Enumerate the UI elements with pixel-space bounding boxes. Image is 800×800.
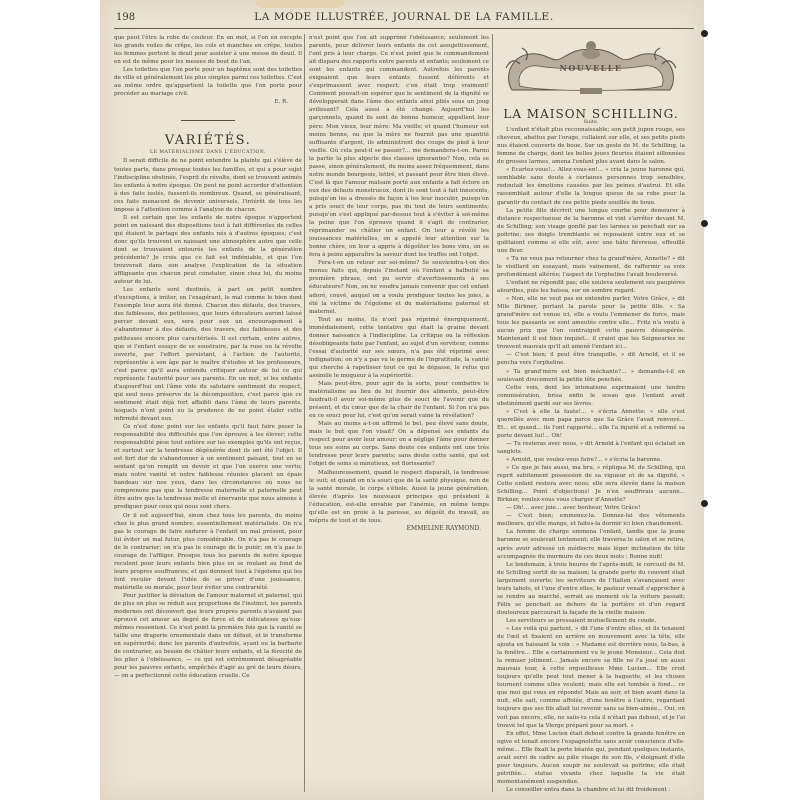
column-divider (492, 34, 493, 792)
paragraph: Pour justifier la déviation de l'amour m… (114, 592, 302, 681)
paragraph: — C'est bien; il peut être tranquille, »… (497, 351, 685, 367)
paragraph: — Oh!... avec joie... avec bonheur, Votr… (497, 504, 685, 512)
author-signature: EMMELINE RAYMOND. (309, 525, 489, 533)
paragraph: Les serviteurs se pressaient mutuellemen… (497, 617, 685, 625)
paragraph: Or il est aujourd'hui, sinon chez tous l… (114, 512, 302, 592)
binding-hole (701, 500, 708, 507)
paragraph: Mais au moins a-t-on affirmé le bel, peu… (309, 420, 489, 468)
column-3: NOUVELLE LA MAISON SCHILLING. Suite. L'e… (497, 34, 685, 792)
journal-title: LA MODE ILLUSTRÉE, JOURNAL DE LA FAMILLE… (114, 11, 694, 23)
story-title: LA MAISON SCHILLING. (497, 110, 685, 118)
newspaper-page: 198 LA MODE ILLUSTRÉE, JOURNAL DE LA FAM… (100, 0, 704, 800)
binding-hole (701, 220, 708, 227)
paragraph: La femme de charge emmena l'enfant, tand… (497, 528, 685, 560)
paragraph: — C'est bien; emmenez-la. Donnez-lui des… (497, 512, 685, 528)
paragraph: « Ta grand'mère est bien méchante?... » … (497, 368, 685, 384)
paragraph: Mais peut-être, pour agir de la sorte, p… (309, 380, 489, 420)
signature: E. R. (114, 98, 302, 106)
paragraph: Le lendemain, à trois heures de l'après-… (497, 561, 685, 617)
paragraph: « Écartez-vous!... Allez-vous-en!... » c… (497, 166, 685, 206)
paragraph: L'enfant n'était plus reconnaissable; so… (497, 126, 685, 166)
paragraph: Malheureusement, quand le respect dispar… (309, 469, 489, 525)
section-title: VARIÉTÉS. (114, 133, 302, 149)
paragraph: L'enfant ne répondit pas; elle souleva s… (497, 279, 685, 295)
section-subtitle: LE MATÉRIALISME DANS L'ÉDUCATION. (114, 149, 302, 157)
paragraph: Il serait difficile de ne point entendre… (114, 157, 302, 213)
paragraph: « C'est à elle la faute!... » s'écria An… (497, 408, 685, 440)
paragraph: « Non, elle ne veut pas en entendre parl… (497, 295, 685, 351)
paragraph: Il est certain que les enfants de notre … (114, 214, 302, 286)
column-2: n'est point que l'on ait supprimé l'obéi… (309, 34, 489, 792)
separator-rule (181, 120, 235, 121)
page-header: 198 LA MODE ILLUSTRÉE, JOURNAL DE LA FAM… (114, 10, 694, 29)
paragraph: « Arnold, que voulez-vous faire?... » s'… (497, 456, 685, 464)
paragraph: Le conseiller entra dans la chambre et l… (497, 786, 685, 792)
paragraph: — Tu resteras avec nous, » dit Arnold à … (497, 440, 685, 456)
paragraph: Fera-t-on un retour sur soi-même? Se sou… (309, 259, 489, 315)
column-divider (304, 34, 305, 792)
paragraph: « Les voilà qui partent, » dit l'une d'e… (497, 625, 685, 730)
paragraph: Les enfants sont destinés, à part un pet… (114, 286, 302, 423)
binding-hole (701, 30, 708, 37)
ornament-label: NOUVELLE (502, 64, 680, 72)
nouvelle-ornament: NOUVELLE (502, 38, 680, 100)
paragraph: Tout au moins, ils n'ont pas réprimé éne… (309, 316, 489, 380)
paragraph: que peut l'être la robe de couleur. En u… (114, 34, 302, 66)
paragraph: n'est point que l'on ait supprimé l'obéi… (309, 34, 489, 259)
paragraph: Ce n'est donc point sur les enfants qu'i… (114, 423, 302, 512)
column-1: que peut l'être la robe de couleur. En u… (114, 34, 302, 792)
paragraph: Cette voix, dont les intonations exprima… (497, 384, 685, 408)
paragraph: « Ce que je fais aussi, ma bru, » répliq… (497, 464, 685, 504)
paragraph: « Tu ne veux pas retourner chez ta grand… (497, 255, 685, 279)
paragraph: La petite fille décrivit une longue cour… (497, 207, 685, 255)
paragraph: Les toilettes que l'on porte pour un bap… (114, 66, 302, 98)
paragraph: En effet, Mme Lucien était debout contre… (497, 730, 685, 786)
